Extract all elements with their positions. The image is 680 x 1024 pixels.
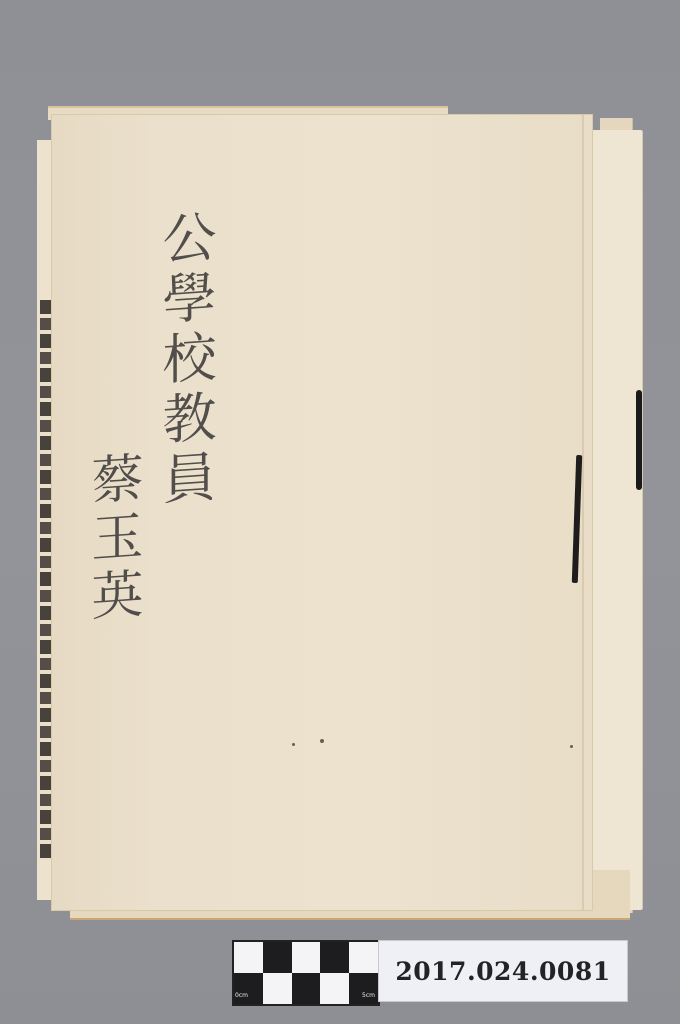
catalog-number: 2017.024.0081	[395, 957, 610, 986]
scale-cell	[292, 973, 321, 1004]
scale-cell	[349, 942, 378, 973]
catalog-label: 2017.024.0081	[378, 940, 628, 1002]
cover-fold-line	[582, 115, 584, 910]
handwritten-name: 蔡玉英	[86, 450, 138, 628]
paper-spot	[292, 743, 295, 746]
handwritten-title: 公學校教員	[158, 208, 212, 512]
scale-cell	[234, 942, 263, 973]
scale-cell	[292, 942, 321, 973]
scale-cell	[234, 973, 263, 1004]
scale-cell	[263, 942, 292, 973]
photo-stage: 公學校教員 蔡玉英 0cm 5cm 2017.024.0081	[0, 0, 680, 1024]
back-sheet-right	[590, 130, 642, 910]
scale-unit-right: 5cm	[362, 992, 375, 999]
scale-cell	[349, 973, 378, 1004]
paper-spot	[320, 739, 324, 743]
scale-cell	[320, 973, 349, 1004]
paper-spot	[570, 745, 573, 748]
scale-cell	[263, 973, 292, 1004]
binding-slit	[572, 455, 582, 583]
binding-ribbon	[636, 390, 642, 490]
scale-cell	[320, 942, 349, 973]
scale-unit-left: 0cm	[235, 992, 248, 999]
color-scale-bar	[232, 940, 380, 1006]
